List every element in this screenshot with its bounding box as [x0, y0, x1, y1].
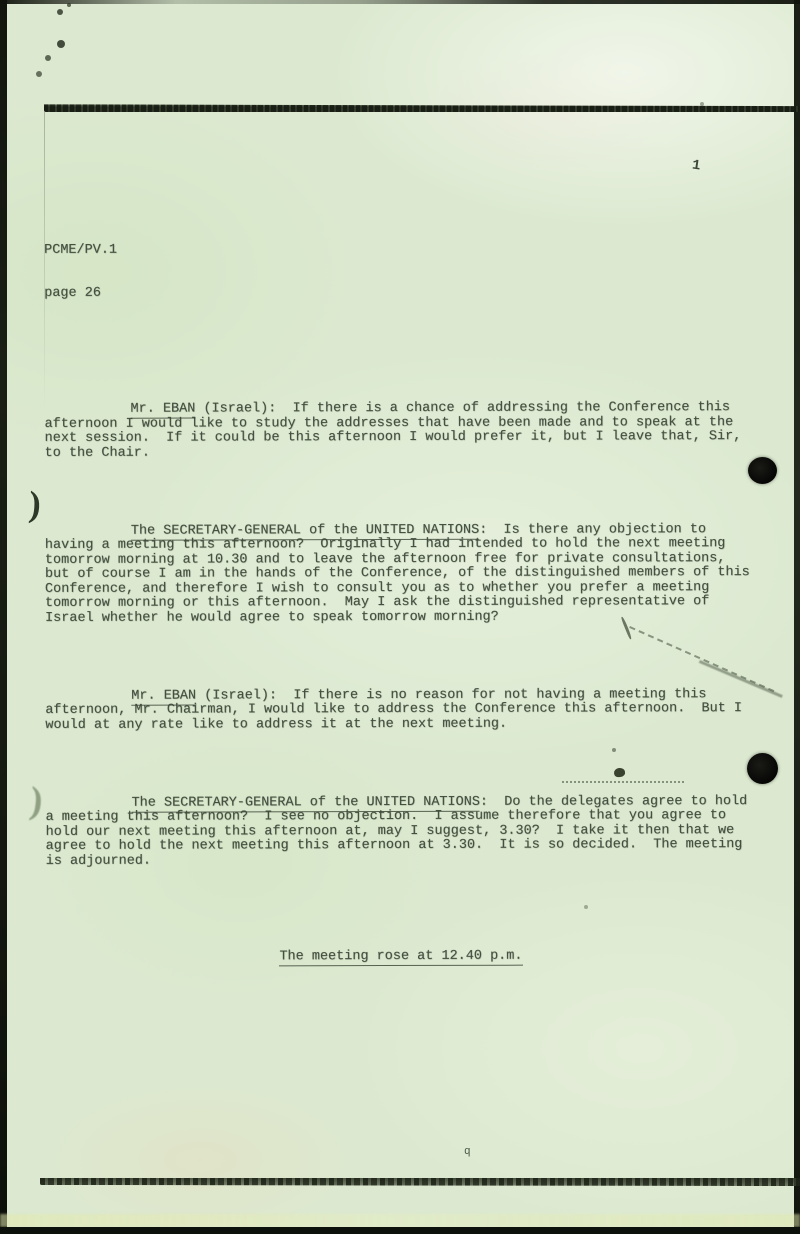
- speaker-suffix: (Israel):: [196, 688, 293, 703]
- stray-letter-mark: q: [464, 1146, 471, 1158]
- scan-edge-left: [0, 0, 7, 1234]
- paper-discoloration-strip: [0, 1214, 800, 1227]
- meeting-rose-line: The meeting rose at 12.40 p.m.: [46, 949, 756, 965]
- transcript-paragraph: The SECRETARY-GENERAL of the UNITED NATI…: [45, 523, 755, 626]
- transcript-paragraph: Mr. EBAN (Israel): If there is no reason…: [45, 688, 755, 733]
- photocopy-band-top: [44, 103, 800, 112]
- document-header: PCME/PV.1 page 26: [44, 213, 754, 331]
- photocopy-band-bottom: [40, 1175, 800, 1187]
- scan-edge-right: [794, 0, 800, 1234]
- document-reference: PCME/PV.1: [44, 242, 754, 258]
- speaker-suffix: :: [480, 794, 504, 809]
- speaker-suffix: (Israel):: [195, 401, 292, 416]
- paper-specks: [0, 0, 4, 4]
- transcript-paragraph: Mr. EBAN (Israel): If there is a chance …: [45, 401, 755, 461]
- typewritten-text: PCME/PV.1 page 26 Mr. EBAN (Israel): If …: [44, 169, 756, 1008]
- scan-edge-bottom: [0, 1227, 800, 1234]
- speaker-suffix: :: [479, 522, 503, 537]
- paragraph-text: Is there any objection to having a meeti…: [45, 522, 758, 626]
- transcript-paragraph: The SECRETARY-GENERAL of the UNITED NATI…: [46, 795, 756, 869]
- scan-edge-top: [0, 0, 800, 4]
- scanned-document-page: ) ) 1 q PCME/PV.1 page 26 Mr. EBAN (Isra…: [0, 0, 800, 1234]
- page-number-label: page 26: [44, 285, 754, 301]
- closing-line-text: The meeting rose at 12.40 p.m.: [279, 948, 522, 966]
- margin-paren-mark-upper: ): [28, 486, 42, 523]
- margin-paren-mark-lower: ): [28, 781, 45, 820]
